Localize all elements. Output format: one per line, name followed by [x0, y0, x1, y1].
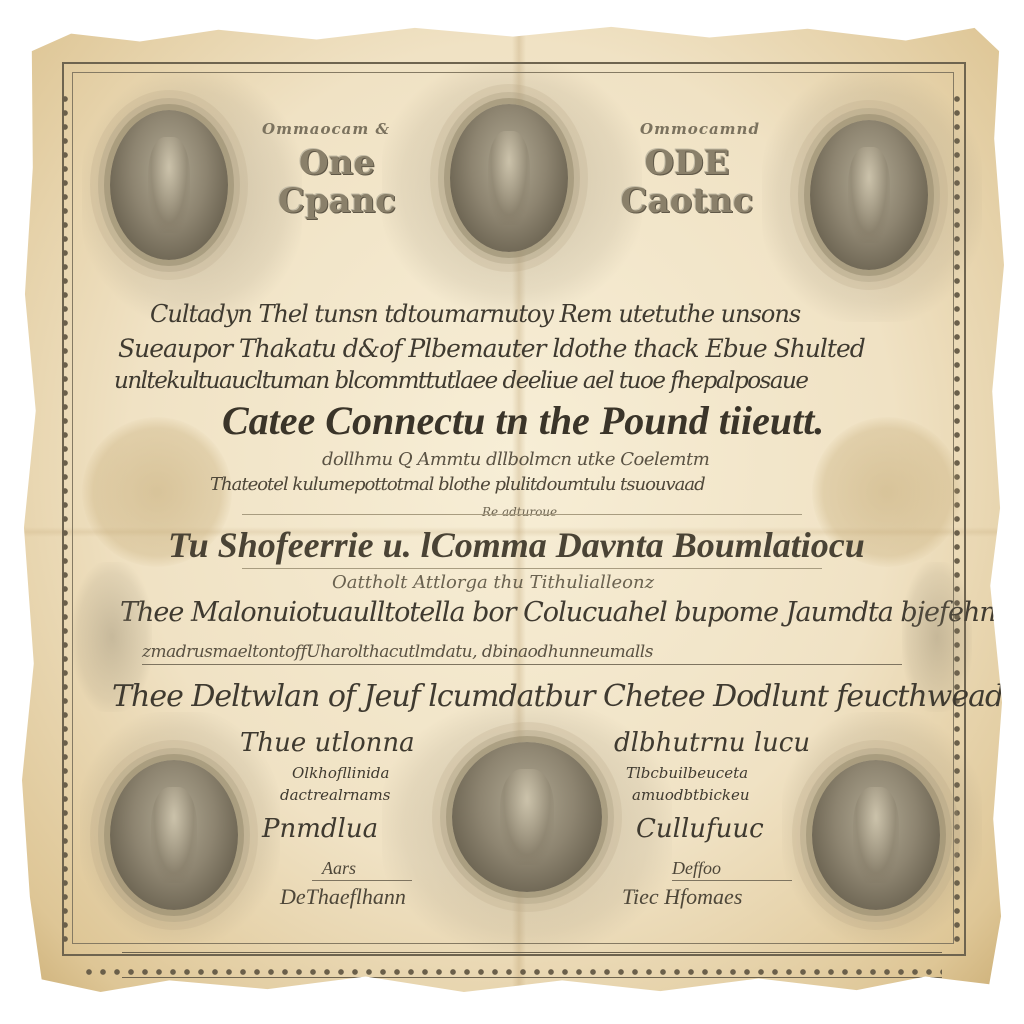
- seal-medallion-bottom-left-icon: [110, 760, 238, 910]
- left-block-line-4: Pnmdlua: [262, 814, 378, 844]
- left-block-line-3: dactrealrnams: [280, 786, 390, 804]
- right-banner-top-line: Ommocamnd: [640, 120, 760, 138]
- bottom-rule: [122, 952, 942, 953]
- left-dotted-border: [61, 92, 69, 942]
- script-line-4: dollhmu Q Ammtu dllbolmcn utke Coelemtm: [322, 449, 709, 470]
- script-line-5: Thateotel kulumepottotmal blothe plulitd…: [210, 474, 705, 495]
- script-line-7: Thee Malonuiotuaulltotella bor Colucuahe…: [120, 597, 1024, 628]
- bottom-dotted-border: [82, 968, 942, 976]
- signature-right-name: Tiec Hfomaes: [622, 884, 742, 910]
- left-banner: One Cpanc: [262, 144, 412, 220]
- right-block-line-4: Cullufuuc: [636, 814, 764, 844]
- signature-right-rule: [672, 880, 792, 881]
- subheading-underline: [242, 568, 822, 569]
- certificate-paper: Ommaocam & One Cpanc Ommocamnd ODE Caotn…: [22, 22, 1004, 994]
- right-banner: ODE Caotnc: [602, 144, 772, 220]
- certificate-heading: Catee Connectu tn the Pound tiieutt.: [222, 397, 824, 444]
- right-banner-line2: Caotnc: [602, 182, 772, 220]
- right-block-line-2: Tlbcbuilbeuceta: [626, 764, 748, 782]
- left-block-line-2: Olkhofllinida: [292, 764, 389, 782]
- left-block-line-1: Thue utlonna: [240, 728, 415, 758]
- left-banner-line1: One: [262, 144, 412, 182]
- right-banner-line1: ODE: [602, 144, 772, 182]
- script-line-2: Sueaupor Thakatu d&of Plbemauter ldothe …: [118, 334, 865, 363]
- portrait-medallion-top-left-icon: [110, 110, 228, 260]
- bottom-rule-2: [122, 977, 942, 978]
- script-line-8: zmadrusmaeltontoffUharolthacutlmdatu, db…: [142, 642, 653, 662]
- script-line-6: Oattholt Attlorga thu Tithulialleonz: [332, 572, 654, 593]
- script-line-1: Cultadyn Thel tunsn tdtoumarnutoy Rem ut…: [150, 300, 800, 328]
- signature-right-title: Deffoo: [672, 858, 721, 879]
- signature-left-title: Aars: [322, 858, 356, 879]
- portrait-medallion-top-right-icon: [810, 120, 928, 270]
- right-block-line-3: amuodbtbickeu: [632, 786, 750, 804]
- signature-left-rule: [312, 880, 412, 881]
- left-banner-top-line: Ommaocam &: [262, 120, 390, 138]
- portrait-medallion-top-center-icon: [450, 104, 568, 252]
- left-banner-line2: Cpanc: [262, 182, 412, 220]
- small-caption: Re adturoue: [482, 505, 557, 519]
- signature-left-name: DeThaeflhann: [280, 884, 406, 910]
- script-line-8-rule: [142, 664, 902, 665]
- coat-of-arms-seal-center-icon: [452, 742, 602, 892]
- script-line-3: unltekultuaucltuman blcommttutlaee deeli…: [114, 368, 807, 394]
- seal-medallion-bottom-right-icon: [812, 760, 940, 910]
- right-block-line-1: dlbhutrnu lucu: [614, 728, 810, 758]
- certificate-subheading: Tu Shofeerrie u. lComma Davnta Boumlatio…: [168, 524, 865, 566]
- caption-flourish: [242, 514, 802, 515]
